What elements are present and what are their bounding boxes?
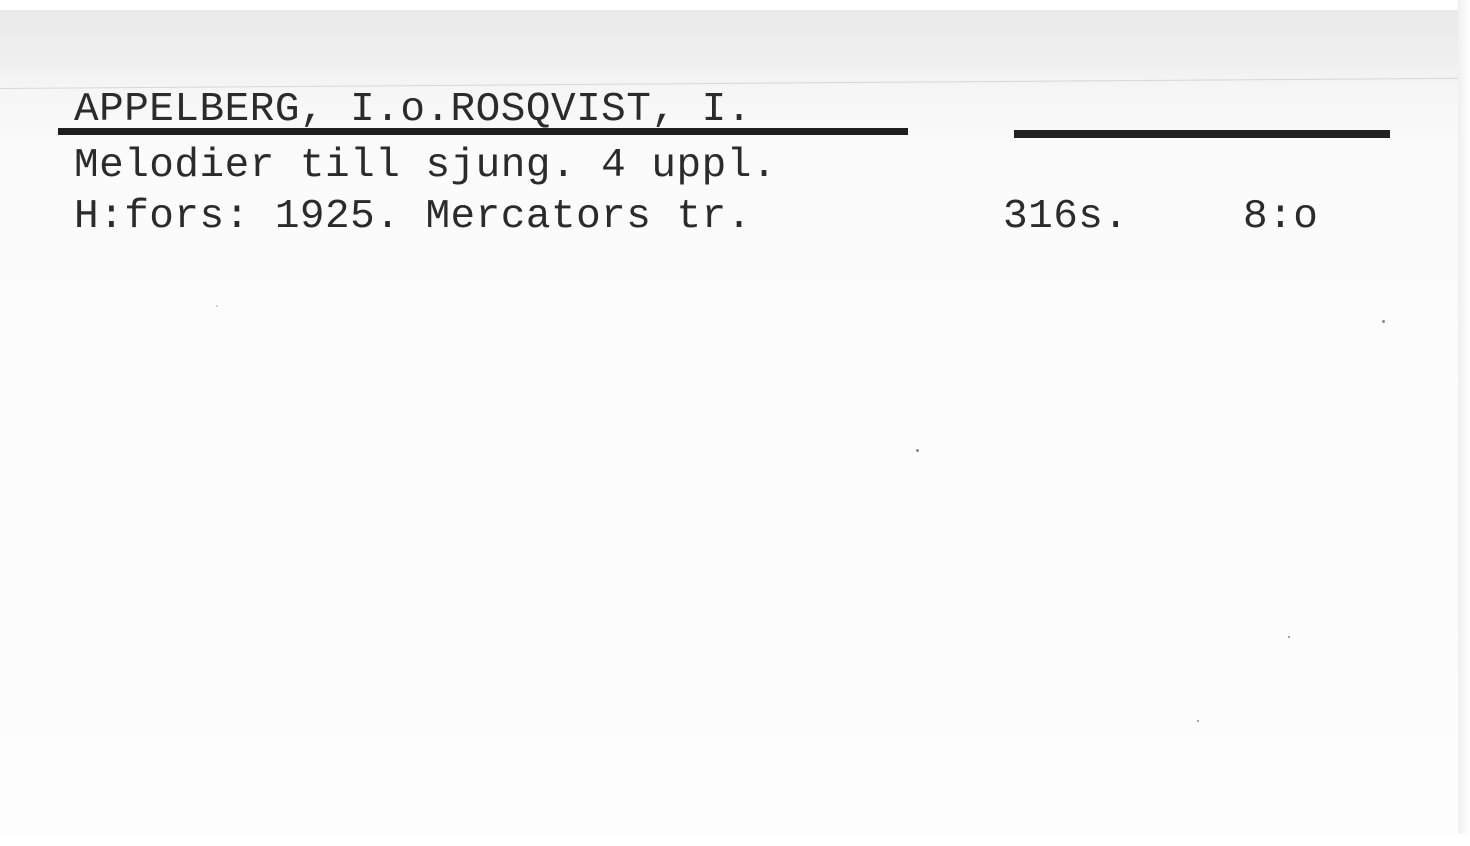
card-imprint: H:fors: 1925. Mercators tr.: [74, 197, 752, 238]
card-pages: 316s.: [1003, 197, 1129, 238]
scan-border-right: [1458, 0, 1470, 846]
paper-speck: [216, 305, 218, 307]
catalog-card: APPELBERG, I.o.ROSQVIST, I. Melodier til…: [0, 0, 1470, 846]
paper-speck: [916, 449, 919, 452]
scan-border-bottom: [0, 834, 1470, 846]
paper-speck: [1197, 720, 1199, 722]
paper-speck: [1288, 636, 1290, 638]
card-heading-author: APPELBERG, I.o.ROSQVIST, I.: [74, 90, 752, 131]
card-title: Melodier till sjung. 4 uppl.: [74, 146, 777, 187]
card-format: 8:o: [1243, 197, 1318, 238]
paper-speck: [1382, 320, 1385, 323]
blank-field-rule: [1014, 130, 1390, 138]
scan-border-top: [0, 0, 1470, 10]
heading-underline-rule: [58, 128, 908, 135]
